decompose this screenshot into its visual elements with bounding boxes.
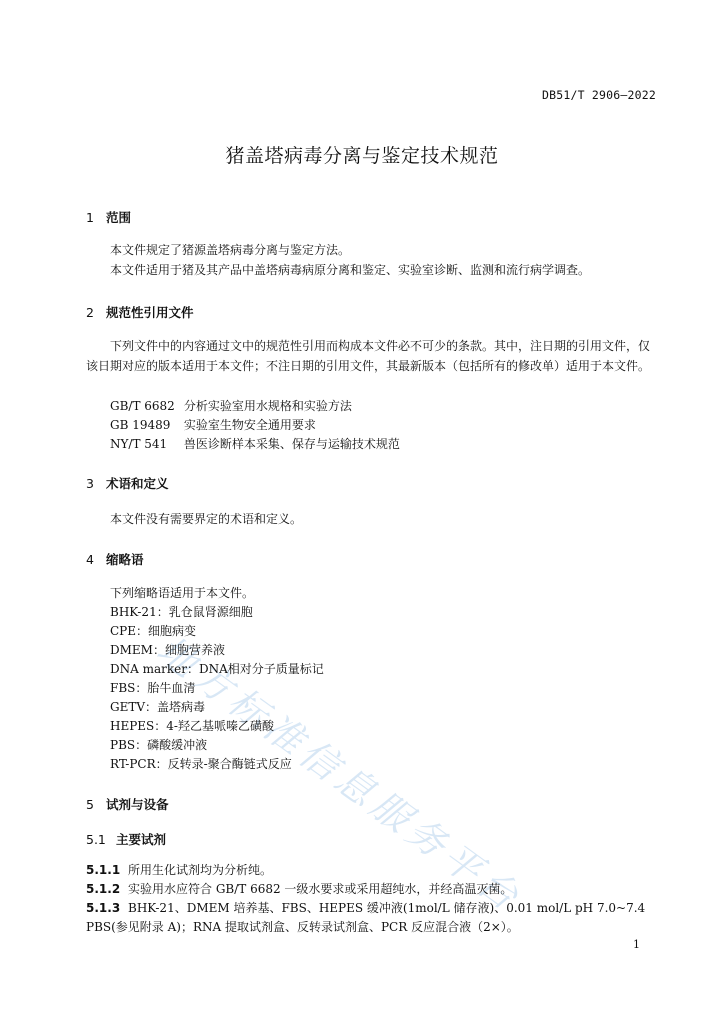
abbreviation-meaning: 磷酸缓冲液 [147,738,207,752]
abbreviation-meaning: 细胞营养液 [165,643,225,657]
abbreviation-item: CPE：细胞病变 [110,622,196,639]
reference-item: GB/T 6682 分析实验室用水规格和实验方法 [110,397,352,414]
section-number: 2 [86,305,106,320]
abbreviation: PBS [110,738,135,752]
section-heading-3: 3术语和定义 [86,474,169,492]
paragraph: 本文件没有需要界定的术语和定义。 [86,510,658,529]
abbreviation-item: RT-PCR：反转录-聚合酶链式反应 [110,755,292,772]
section-heading-2: 2规范性引用文件 [86,303,194,321]
separator: ： [187,662,199,676]
separator: ： [135,681,147,695]
abbreviation: RT-PCR [110,757,156,771]
section-title: 试剂与设备 [106,797,169,812]
abbreviation: CPE [110,624,136,638]
clause-number: 5.1.2 [86,880,128,899]
abbreviation-item: FBS：胎牛血清 [110,679,195,696]
reference-item: NY/T 541 兽医诊断样本采集、保存与运输技术规范 [110,435,400,452]
subsection-heading-5-1: 5.1主要试剂 [86,830,166,848]
clause-number: 5.1.1 [86,861,128,880]
clause-text: BHK-21、DMEM 培养基、FBS、HEPES 缓冲液(1mol/L 储存液… [86,901,645,934]
reference-item: GB 19489 实验室生物安全通用要求 [110,416,316,433]
abbreviation-item: BHK-21：乳仓鼠肾源细胞 [110,603,253,620]
subsection-title: 主要试剂 [116,832,166,847]
separator: ： [136,624,148,638]
abbreviation: FBS [110,681,135,695]
clause-5-1-2: 5.1.2实验用水应符合 GB/T 6682 一级水要求或采用超纯水，并经高温灭… [86,880,658,899]
paragraph: 本文件规定了猪源盖塔病毒分离与鉴定方法。 [86,241,658,260]
section-title: 术语和定义 [106,476,169,491]
document-title: 猪盖塔病毒分离与鉴定技术规范 [0,141,724,168]
abbreviation-meaning: 反转录-聚合酶链式反应 [168,757,292,771]
section-heading-1: 1范围 [86,208,131,226]
separator: ： [145,700,157,714]
separator: ： [135,738,147,752]
abbreviation-item: GETV：盖塔病毒 [110,698,205,715]
page-number: 1 [633,938,640,951]
abbreviation-item: DMEM：细胞营养液 [110,641,225,658]
abbreviation-meaning: 4-羟乙基哌嗪乙磺酸 [166,719,274,733]
abbreviation: GETV [110,700,145,714]
clause-number: 5.1.3 [86,899,128,918]
section-title: 缩略语 [106,552,144,567]
abbreviation: BHK-21 [110,605,157,619]
section-number: 3 [86,476,106,491]
separator: ： [153,643,165,657]
reference-title: 实验室生物安全通用要求 [184,418,316,432]
abbreviation-item: DNA marker：DNA相对分子质量标记 [110,660,324,677]
clause-text: 所用生化试剂均为分析纯。 [128,863,272,877]
reference-code: NY/T 541 [110,437,180,451]
separator: ： [156,757,168,771]
section-heading-4: 4缩略语 [86,550,144,568]
section-number: 4 [86,552,106,567]
section-title: 规范性引用文件 [106,305,194,320]
paragraph: 下列文件中的内容通过文中的规范性引用而构成本文件必不可少的条款。其中，注日期的引… [86,336,658,376]
separator: ： [157,605,169,619]
separator: ： [154,719,166,733]
reference-title: 分析实验室用水规格和实验方法 [184,399,352,413]
section-heading-5: 5试剂与设备 [86,795,169,813]
abbreviation-meaning: 细胞病变 [148,624,196,638]
paragraph: 本文件适用于猪及其产品中盖塔病毒病原分离和鉴定、实验室诊断、监测和流行病学调查。 [86,261,658,280]
subsection-number: 5.1 [86,832,116,847]
reference-code: GB 19489 [110,418,180,432]
abbreviation-meaning: 乳仓鼠肾源细胞 [169,605,253,619]
abbreviation: DNA marker [110,662,187,676]
clause-text: 实验用水应符合 GB/T 6682 一级水要求或采用超纯水，并经高温灭菌。 [128,882,512,896]
abbreviation: HEPES [110,719,154,733]
abbreviation-meaning: DNA相对分子质量标记 [199,662,324,676]
abbreviation: DMEM [110,643,153,657]
document-page: 地方标准信息服务平台 DB51/T 2906—2022 猪盖塔病毒分离与鉴定技术… [0,0,724,1024]
abbreviation-meaning: 盖塔病毒 [157,700,205,714]
paragraph: 下列缩略语适用于本文件。 [86,584,658,603]
section-number: 1 [86,210,106,225]
reference-title: 兽医诊断样本采集、保存与运输技术规范 [184,437,400,451]
section-title: 范围 [106,210,131,225]
clause-5-1-1: 5.1.1所用生化试剂均为分析纯。 [86,861,658,880]
section-number: 5 [86,797,106,812]
abbreviation-item: HEPES：4-羟乙基哌嗪乙磺酸 [110,717,274,734]
clause-5-1-3: 5.1.3BHK-21、DMEM 培养基、FBS、HEPES 缓冲液(1mol/… [86,899,658,937]
document-code: DB51/T 2906—2022 [542,88,656,102]
abbreviation-meaning: 胎牛血清 [147,681,195,695]
reference-code: GB/T 6682 [110,399,180,413]
abbreviation-item: PBS：磷酸缓冲液 [110,736,207,753]
